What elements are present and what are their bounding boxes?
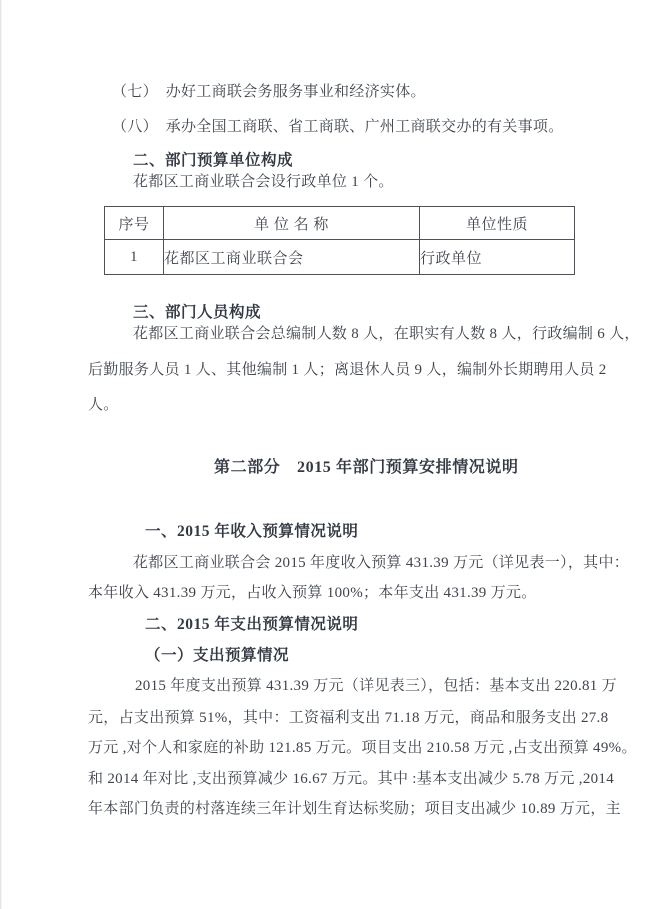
- income-section-heading: 一、2015 年收入预算情况说明: [145, 521, 358, 542]
- staff-paragraph-line-3: 人。: [88, 395, 119, 416]
- expense-line-1: 2015 年度支出预算 431.39 万元（详见表三），包括：基本支出 220.…: [135, 676, 617, 697]
- col-header-unit-name: 单 位 名 称: [164, 207, 420, 240]
- document-page: （七） 办好工商联会务服务事业和经济实体。 （八） 承办全国工商联、省工商联、广…: [0, 0, 650, 909]
- part2-title: 第二部分 2015 年部门预算安排情况说明: [214, 457, 519, 479]
- income-line-2: 本年收入 431.39 万元，占收入预算 100%；本年支出 431.39 万元…: [88, 583, 537, 604]
- cell-index: 1: [105, 240, 164, 275]
- col-header-index: 序号: [105, 207, 164, 240]
- expense-line-5: 年本部门负责的村落连续三年计划生育达标奖励；项目支出减少 10.89 万元，主: [88, 799, 621, 820]
- cell-unit-type: 行政单位: [420, 240, 575, 275]
- units-section-intro: 花都区工商业联合会设行政单位 1 个。: [133, 172, 394, 193]
- units-table: 序号 单 位 名 称 单位性质 1 花都区工商业联合会 行政单位: [104, 206, 575, 275]
- units-table-row: 1 花都区工商业联合会 行政单位: [105, 240, 575, 275]
- expense-line-4: 和 2014 年对比 ,支出预算减少 16.67 万元。其中 :基本支出减少 5…: [88, 769, 614, 790]
- staff-paragraph-line-2: 后勤服务人员 1 人、其他编制 1 人；离退休人员 9 人，编制外长期聘用人员 …: [88, 360, 607, 381]
- expense-line-2: 元，占支出预算 51%，其中：工资福利支出 71.18 万元，商品和服务支出 2…: [88, 708, 608, 729]
- list-item-7: （七） 办好工商联会务服务事业和经济实体。: [112, 82, 426, 103]
- staff-section-heading: 三、部门人员构成: [133, 302, 261, 323]
- expense-section-heading: 二、2015 年支出预算情况说明: [145, 614, 358, 635]
- units-table-header-row: 序号 单 位 名 称 单位性质: [105, 207, 575, 240]
- staff-paragraph-line-1: 花都区工商业联合会总编制人数 8 人，在职实有人数 8 人，行政编制 6 人，: [133, 324, 640, 345]
- list-item-8: （八） 承办全国工商联、省工商联、广州工商联交办的有关事项。: [112, 117, 564, 138]
- income-line-1: 花都区工商业联合会 2015 年度收入预算 431.39 万元（详见表一），其中…: [133, 553, 629, 574]
- expense-sub-heading: （一）支出预算情况: [145, 645, 289, 666]
- cell-unit-name: 花都区工商业联合会: [164, 240, 420, 275]
- units-section-heading: 二、部门预算单位构成: [133, 150, 293, 171]
- expense-line-3: 万元 ,对个人和家庭的补助 121.85 万元。项目支出 210.58 万元 ,…: [88, 738, 637, 759]
- col-header-unit-type: 单位性质: [420, 207, 575, 240]
